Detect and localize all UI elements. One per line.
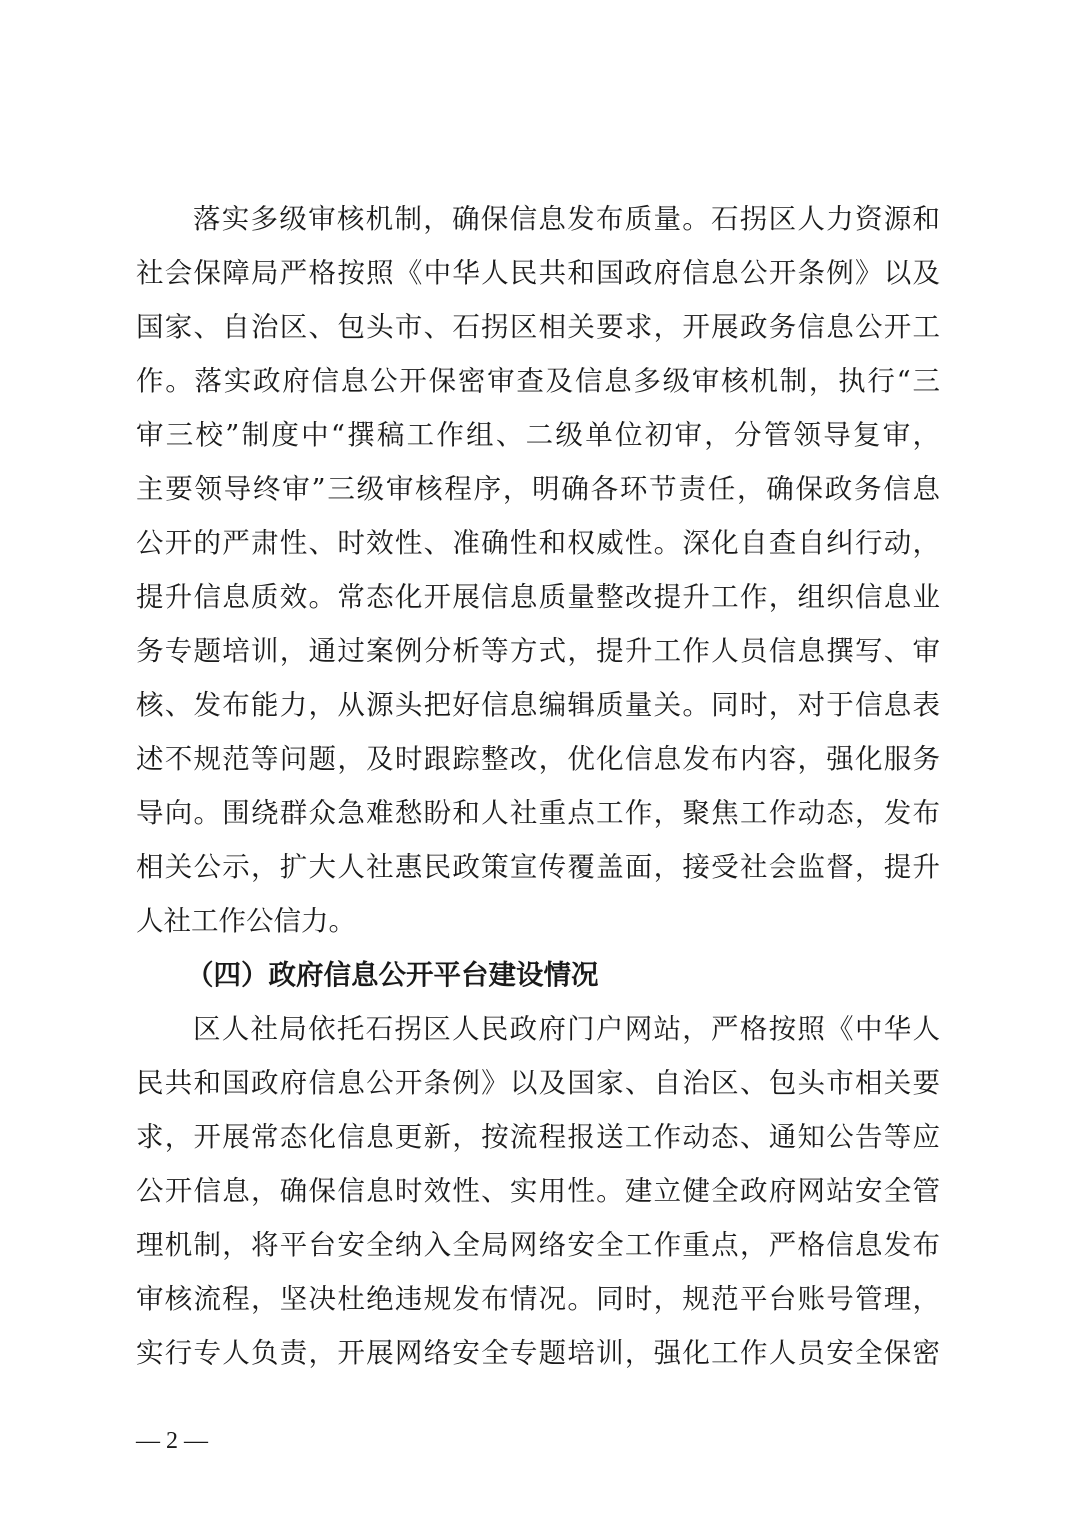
text-line: 求，开展常态化信息更新，按流程报送工作动态、通知公告等应 — [136, 1110, 940, 1164]
text-line: 述不规范等问题，及时跟踪整改，优化信息发布内容，强化服务 — [136, 732, 940, 786]
text-line: 实行专人负责，开展网络安全专题培训，强化工作人员安全保密 — [136, 1326, 940, 1380]
text-line: 作。落实政府信息公开保密审查及信息多级审核机制，执行“三 — [136, 354, 940, 408]
paragraph-platform-construction: 区人社局依托石拐区人民政府门户网站，严格按照《中华人 民共和国政府信息公开条例》… — [136, 1002, 940, 1380]
text-line: 人社工作公信力。 — [136, 894, 940, 948]
text-line: 相关公示，扩大人社惠民政策宣传覆盖面，接受社会监督，提升 — [136, 840, 940, 894]
text-line: 审核流程，坚决杜绝违规发布情况。同时，规范平台账号管理， — [136, 1272, 940, 1326]
section-heading: （四）政府信息公开平台建设情况 — [136, 948, 940, 1002]
paragraph-review-mechanism: 落实多级审核机制，确保信息发布质量。石拐区人力资源和 社会保障局严格按照《中华人… — [136, 192, 940, 948]
text-line: 提升信息质效。常态化开展信息质量整改提升工作，组织信息业 — [136, 570, 940, 624]
text-line: 区人社局依托石拐区人民政府门户网站，严格按照《中华人 — [136, 1002, 940, 1056]
text-line: 社会保障局严格按照《中华人民共和国政府信息公开条例》以及 — [136, 246, 940, 300]
text-line: 国家、自治区、包头市、石拐区相关要求，开展政务信息公开工 — [136, 300, 940, 354]
text-line: 落实多级审核机制，确保信息发布质量。石拐区人力资源和 — [136, 192, 940, 246]
text-line: 核、发布能力，从源头把好信息编辑质量关。同时，对于信息表 — [136, 678, 940, 732]
text-line: 导向。围绕群众急难愁盼和人社重点工作，聚焦工作动态，发布 — [136, 786, 940, 840]
page-number: — 2 — — [136, 1428, 208, 1455]
text-line: 公开的严肃性、时效性、准确性和权威性。深化自查自纠行动， — [136, 516, 940, 570]
text-line: 主要领导终审”三级审核程序，明确各环节责任，确保政务信息 — [136, 462, 940, 516]
document-page: 落实多级审核机制，确保信息发布质量。石拐区人力资源和 社会保障局严格按照《中华人… — [136, 192, 940, 1380]
text-line: 公开信息，确保信息时效性、实用性。建立健全政府网站安全管 — [136, 1164, 940, 1218]
text-line: 审三校”制度中“撰稿工作组、二级单位初审，分管领导复审， — [136, 408, 940, 462]
text-line: 理机制，将平台安全纳入全局网络安全工作重点，严格信息发布 — [136, 1218, 940, 1272]
text-line: 务专题培训，通过案例分析等方式，提升工作人员信息撰写、审 — [136, 624, 940, 678]
text-line: 民共和国政府信息公开条例》以及国家、自治区、包头市相关要 — [136, 1056, 940, 1110]
